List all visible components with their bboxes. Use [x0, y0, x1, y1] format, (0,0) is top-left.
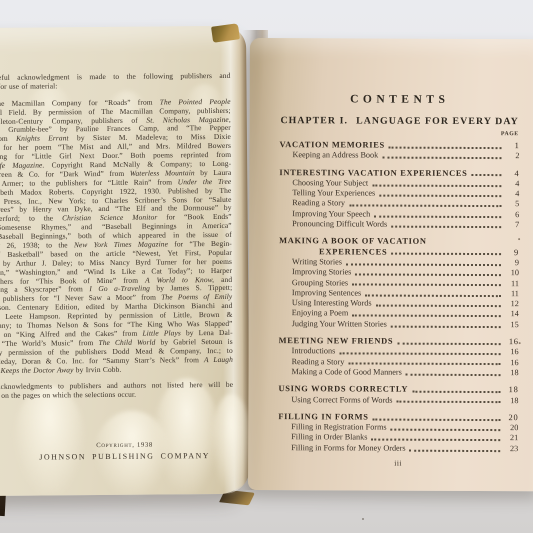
leader-dots [348, 362, 500, 366]
acknowledgment-text: ateful acknowledgment is made to the fol… [0, 72, 233, 401]
toc-entry-row: Keeping an Address Book2 [279, 150, 519, 161]
leader-dots [339, 352, 500, 356]
toc-entry-row: Pronouncing Difficult Words7 [279, 219, 519, 230]
toc-entry-row: Filling in Forms for Money Orders23 [278, 443, 518, 454]
chapter-label: CHAPTER I. [280, 115, 348, 126]
leader-dots [374, 214, 501, 218]
toc-page-number: 4 [504, 169, 519, 178]
toc-page-number: 10 [504, 268, 519, 277]
toc-page-number: 9 [504, 248, 519, 257]
contents-title: CONTENTS [280, 93, 520, 106]
leader-dots [379, 194, 501, 198]
colophon: Copyright, 1938 JOHNSON PUBLISHING COMPA… [10, 441, 240, 462]
toc-label: Making a Code of Good Manners [292, 367, 402, 376]
leader-dots [391, 224, 501, 227]
toc-page-number: 5 [504, 200, 519, 209]
leader-dots [410, 448, 501, 451]
toc-label: VACATION MEMORIES [280, 140, 385, 149]
toc-label: Grouping Stories [292, 278, 348, 287]
toc-page-number: 12 [504, 299, 519, 308]
toc-label: MEETING NEW FRIENDS [279, 336, 394, 345]
toc-page-number: 16 [504, 347, 519, 356]
toc-label: Improving Stories [292, 267, 351, 276]
toc-label: USING WORDS CORRECTLY [278, 384, 408, 394]
leader-dots [412, 390, 500, 393]
toc-page-number: 11 [504, 279, 519, 288]
toc-label: Telling Your Experiences [292, 188, 375, 197]
toc-label: Improving Your Speech [292, 209, 370, 218]
leader-dots [346, 262, 501, 266]
toc-page-number: 6 [504, 210, 519, 219]
folio-page-number: iii [278, 458, 518, 468]
toc-label: Keeping an Address Book [292, 150, 378, 159]
left-page: ateful acknowledgment is made to the fol… [0, 26, 250, 497]
toc-section: VACATION MEMORIES1Keeping an Address Boo… [279, 140, 519, 162]
leader-dots [365, 293, 501, 297]
toc-entry-row: Making a Code of Good Manners18 [279, 367, 519, 378]
speck [362, 518, 364, 520]
toc-label: Using Correct Forms of Words [291, 395, 392, 404]
toc-label: MAKING A BOOK OF VACATION [279, 237, 427, 247]
toc-label: Reading a Story [292, 357, 345, 366]
chapter-title: LANGUAGE FOR EVERY DAY [356, 115, 519, 127]
toc-page-number: 4 [504, 189, 519, 198]
toc-label: Reading a Story [292, 199, 345, 208]
page-column-label: PAGE [280, 130, 519, 137]
leader-dots [349, 204, 501, 208]
speck [518, 238, 520, 240]
toc-page-number: 7 [504, 220, 519, 229]
toc-section: USING WORDS CORRECTLY18Using Correct For… [278, 384, 518, 406]
leader-dots [471, 173, 501, 176]
toc-entries: VACATION MEMORIES1Keeping an Address Boo… [278, 140, 519, 454]
toc-label: Introductions [292, 347, 336, 356]
toc-page-number: 16 [504, 337, 519, 346]
toc-label: Filling in Forms for Money Orders [291, 443, 405, 452]
toc-page-number: 21 [503, 434, 518, 443]
toc-page-number: 18 [503, 396, 518, 405]
leader-dots [371, 438, 500, 442]
toc-page-number: 14 [504, 310, 519, 319]
toc-label: Filling in Registration Forms [291, 422, 386, 431]
leader-dots [352, 283, 501, 287]
book-photo: ateful acknowledgment is made to the fol… [0, 0, 533, 533]
right-page: CONTENTS CHAPTER I. LANGUAGE FOR EVERY D… [248, 38, 533, 491]
copyright-line: Copyright, 1938 [10, 441, 240, 450]
toc-page-number: 15 [504, 320, 519, 329]
leader-dots [391, 428, 501, 431]
toc-label: Improving Sentences [292, 288, 361, 297]
toc-page-number: 11 [504, 289, 519, 298]
toc-page-number: 2 [504, 151, 519, 160]
leader-dots [382, 156, 501, 160]
leader-dots [373, 417, 501, 421]
toc-label: Enjoying a Poem [292, 309, 348, 318]
toc-section: INTERESTING VACATION EXPERIENCES4Choosin… [279, 168, 519, 231]
leader-dots [389, 145, 502, 148]
ghost-illustration [14, 385, 85, 494]
toc-label: Pronouncing Difficult Words [292, 219, 387, 228]
toc-label: FILLING IN FORMS [278, 412, 368, 421]
toc-entry-row: Judging Your Written Stories15 [279, 319, 519, 330]
toc-page-number: 18 [504, 368, 519, 377]
toc-label: Choosing Your Subject [292, 178, 368, 187]
toc-page-number: 20 [503, 413, 518, 422]
table-of-contents: CONTENTS CHAPTER I. LANGUAGE FOR EVERY D… [278, 93, 520, 468]
toc-page-number: 16 [504, 358, 519, 367]
leader-dots [391, 252, 501, 255]
leader-dots [355, 273, 501, 277]
leader-dots [391, 324, 501, 327]
toc-page-number: 4 [504, 179, 519, 188]
toc-label: Using Interesting Words [292, 298, 372, 307]
leader-dots [406, 372, 501, 375]
toc-section: MEETING NEW FRIENDS16Introductions16Read… [279, 336, 519, 378]
leader-dots [352, 314, 501, 318]
toc-label: INTERESTING VACATION EXPERIENCES [279, 168, 467, 178]
toc-page-number: 9 [504, 258, 519, 267]
toc-page-number: 23 [503, 444, 518, 453]
chapter-heading: CHAPTER I. LANGUAGE FOR EVERY DAY [280, 115, 520, 127]
toc-section: MAKING A BOOK OF VACATIONEXPERIENCES9Wri… [279, 237, 519, 331]
toc-label: Judging Your Written Stories [292, 319, 387, 328]
toc-page-number: 20 [503, 423, 518, 432]
toc-label: Filling in Order Blanks [291, 433, 367, 442]
leader-dots [376, 304, 501, 308]
leader-dots [396, 400, 500, 403]
toc-label: EXPERIENCES [319, 247, 387, 256]
toc-page-number: 1 [505, 141, 520, 150]
speck [519, 342, 521, 344]
toc-page-number: 18 [503, 385, 518, 394]
leader-dots [372, 183, 501, 187]
toc-entry-row: Using Correct Forms of Words18 [278, 395, 518, 406]
toc-label: Writing Stories [292, 257, 342, 266]
leader-dots [397, 341, 500, 344]
toc-section: FILLING IN FORMS20Filling in Registratio… [278, 412, 518, 454]
